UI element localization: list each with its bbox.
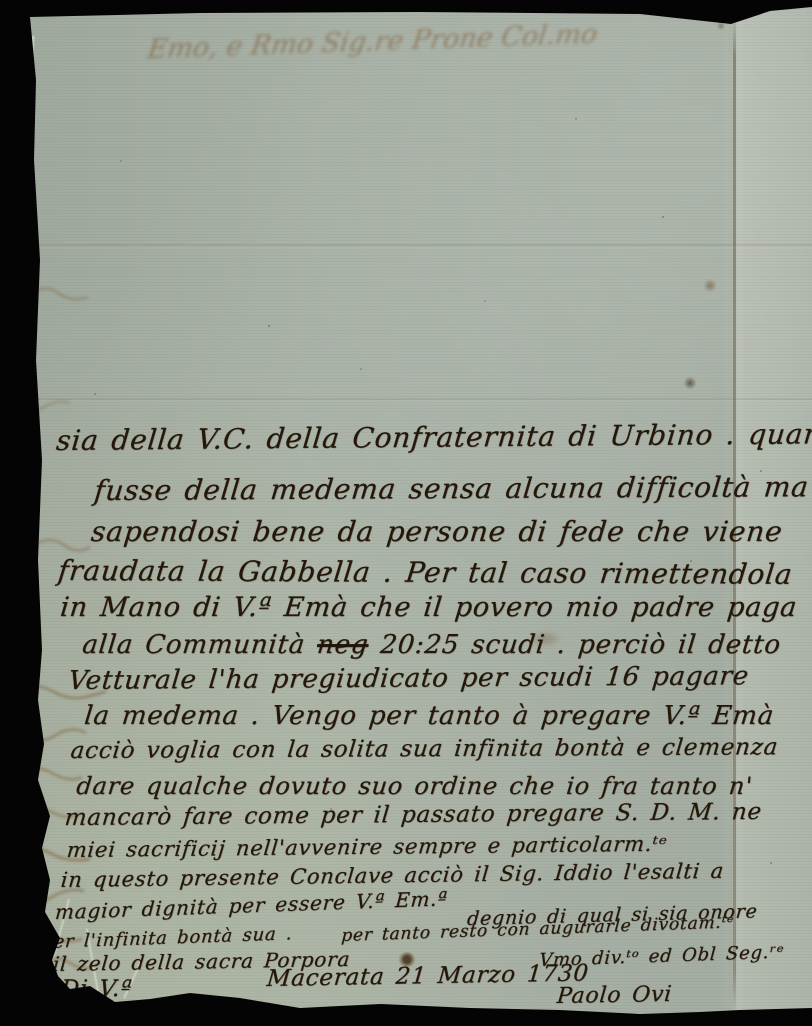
letter-paper: Emo, e Rmo Sig.re Prone Col.mo sia della… (0, 0, 812, 1026)
paper-edge-fold (27, 36, 35, 88)
manuscript-photo: Emo, e Rmo Sig.re Prone Col.mo sia della… (0, 0, 812, 1026)
letter-line-04: fraudata la Gabbella . Per tal caso rime… (56, 554, 794, 591)
ink-stain (716, 22, 726, 30)
faded-inscription: Emo, e Rmo Sig.re Prone Col.mo (146, 18, 600, 65)
horizontal-fold-crease (34, 244, 812, 246)
valediction: Vmo div.ᵗᵒ ed Obl Seg.ʳᵉ (539, 941, 785, 971)
vertical-fold-crease (733, 16, 736, 1012)
crossed-out-word: neg (316, 630, 370, 660)
letter-line-12: miei sacrificij nell'avvenire sempre e p… (66, 832, 669, 862)
letter-line-01: sia della V.C. della Confraternita di Ur… (55, 416, 812, 457)
letter-line-03: sapendosi bene da persone di fede che vi… (90, 515, 785, 548)
letter-line-10: dare qualche dovuto suo ordine che io fr… (75, 772, 754, 800)
letter-line-13: in questo presente Conclave acciò il Sig… (60, 859, 725, 892)
letter-line-14: magior dignità per essere V.ª Em.ª (54, 886, 448, 924)
line-06-pre: alla Communità (81, 630, 319, 660)
letter-line-08: la medema . Vengo per tanto à pregare V.… (83, 701, 776, 731)
signature: Paolo Ovi (556, 982, 673, 1009)
paper-specks (0, 0, 2, 2)
letter-line-11: mancarò fare come per il passato pregare… (63, 799, 763, 831)
letter-line-05: in Mano di V.ª Emà che il povero mio pad… (59, 592, 799, 623)
letter-line-09: acciò voglia con la solita sua infinita … (69, 734, 779, 764)
closing-address: Di V.ª (59, 976, 133, 1002)
ink-stain (684, 376, 696, 390)
line-06-post: 20:25 scudi . perciò il detto (367, 630, 783, 660)
letter-line-06: alla Communità neg 20:25 scudi . perciò … (81, 630, 783, 660)
horizontal-fold-crease (34, 398, 812, 400)
ink-stain (702, 280, 718, 291)
letter-line-07: Vetturale l'ha pregiudicato per scudi 16… (67, 661, 750, 696)
letter-line-02: fusse della medema sensa alcuna difficol… (93, 470, 811, 507)
